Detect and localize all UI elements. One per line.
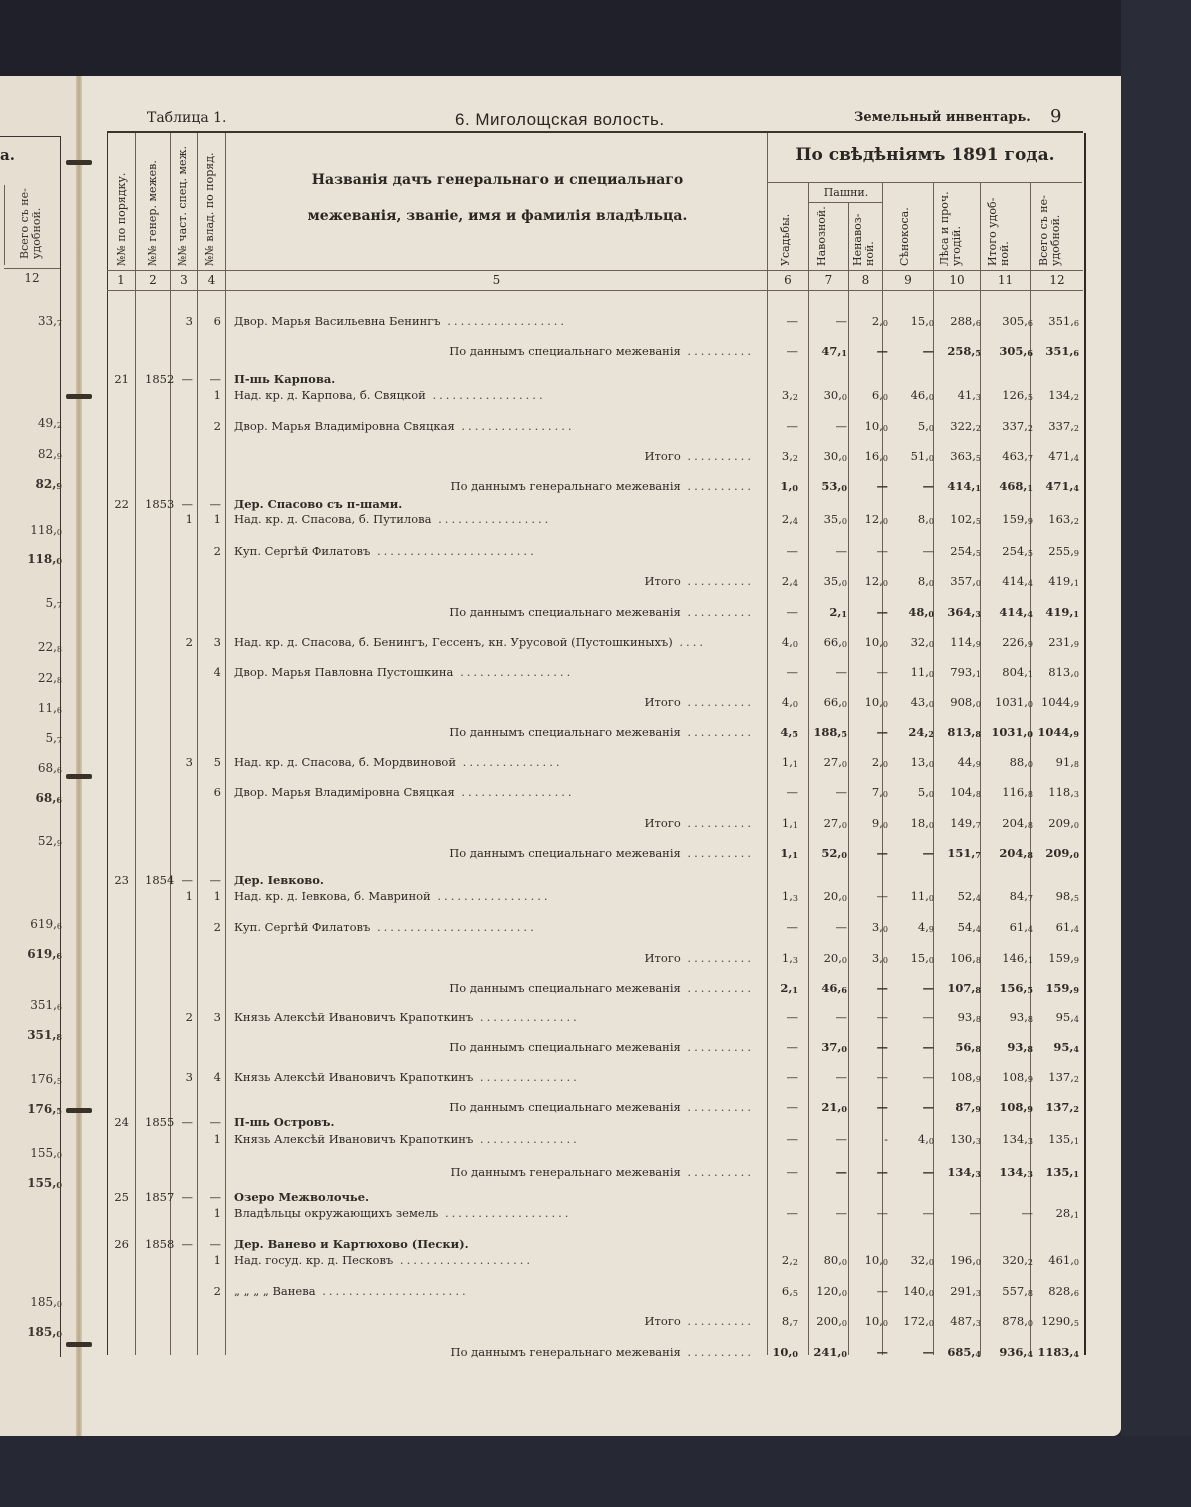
leader-dots: ...................... <box>316 1284 469 1298</box>
leader-dots: ............... <box>473 1132 580 1146</box>
owner-number: — <box>210 873 222 887</box>
value-c11: 204,8 <box>999 846 1033 860</box>
value-c7: — <box>836 665 848 679</box>
value-c11: — <box>1022 1206 1034 1220</box>
summary-label: Итого .......... <box>234 695 754 709</box>
value-c7: 66,0 <box>824 695 847 709</box>
value-c11: 320,2 <box>1002 1253 1033 1267</box>
value-c7: 53,0 <box>821 479 847 493</box>
value-c11: 305,6 <box>1002 314 1033 328</box>
value-c7: 66,0 <box>824 635 847 649</box>
value-c12: 813,0 <box>1048 665 1079 679</box>
value-c7: — <box>836 1070 848 1084</box>
value-c12: 137,2 <box>1048 1070 1079 1084</box>
value-c11: 557,8 <box>1002 1284 1033 1298</box>
row-number: 25 <box>114 1190 129 1204</box>
special-survey-number: — <box>182 497 194 511</box>
leader-dots: .......... <box>681 1100 754 1114</box>
value-c8: — <box>877 1100 889 1114</box>
value-c11: 804,1 <box>1002 665 1033 679</box>
owner-name: Князь Алексѣй Ивановичъ Крапоткинъ .....… <box>234 1010 764 1024</box>
leader-dots: ................. <box>431 889 551 903</box>
value-c10: 813,8 <box>947 725 981 739</box>
special-survey-number: — <box>182 1237 194 1251</box>
value-c9: 32,0 <box>911 1253 934 1267</box>
value-c8: 7,0 <box>872 785 888 799</box>
value-c12: 137,2 <box>1045 1100 1079 1114</box>
special-survey-number: 3 <box>186 314 193 328</box>
summary-label: Итого .......... <box>234 1314 754 1328</box>
summary-label: По даннымъ специальнаго межеванія ......… <box>234 1100 754 1114</box>
value-c12: 351,6 <box>1045 344 1079 358</box>
binding-stitch <box>66 1342 92 1347</box>
value-c9: 11,0 <box>911 665 934 679</box>
value-c12: 461,0 <box>1048 1253 1079 1267</box>
value-c10: 291,3 <box>950 1284 981 1298</box>
owner-name: Над. госуд. кр. д. Песковъ .............… <box>234 1253 764 1267</box>
value-c6: 8,7 <box>782 1314 798 1328</box>
owner-name: Двор. Марья Владиміровна Свяцкая .......… <box>234 419 764 433</box>
background-cloth-right <box>1121 0 1191 1507</box>
special-survey-number: 1 <box>186 889 193 903</box>
previous-page-column-header: Всего съ не-удобной. <box>4 185 61 265</box>
value-c6: 3,2 <box>782 449 798 463</box>
previous-page-value: 5,7 <box>45 596 62 610</box>
value-c9: 46,0 <box>911 388 934 402</box>
value-c9: 11,0 <box>911 889 934 903</box>
value-c6: — <box>787 605 799 619</box>
value-c12: 1044,9 <box>1037 725 1079 739</box>
value-c11: 88,0 <box>1010 755 1033 769</box>
owner-name: Князь Алексѣй Ивановичъ Крапоткинъ .....… <box>234 1070 764 1084</box>
owner-number: 6 <box>214 314 221 328</box>
background-cloth-top <box>0 0 1191 78</box>
summary-label: Итого .......... <box>234 951 754 965</box>
leader-dots: .......... <box>681 695 754 709</box>
value-c12: 471,4 <box>1048 449 1079 463</box>
estate-heading: П-шь Карпова. <box>234 372 335 386</box>
value-c8: — <box>877 344 889 358</box>
value-c6: 3,2 <box>782 388 798 402</box>
value-c9: 8,0 <box>918 574 934 588</box>
value-c10: 487,3 <box>950 1314 981 1328</box>
value-c8: — <box>877 889 889 903</box>
value-c9: — <box>923 1010 935 1024</box>
value-c9: — <box>923 1165 935 1179</box>
value-c9: 140,0 <box>903 1284 934 1298</box>
leader-dots: ........................ <box>370 920 536 934</box>
leader-dots: .................. <box>441 314 567 328</box>
value-c8: — <box>877 1284 889 1298</box>
value-c9: 15,0 <box>911 951 934 965</box>
value-c10: 151,7 <box>947 846 981 860</box>
leader-dots: .......... <box>681 574 754 588</box>
leader-dots: ................... <box>438 1206 571 1220</box>
value-c11: 134,3 <box>999 1165 1033 1179</box>
column-number-rule <box>107 290 1083 291</box>
previous-page-value: 82,9 <box>38 447 62 461</box>
value-c7: — <box>836 544 848 558</box>
value-c7: 188,5 <box>813 725 847 739</box>
general-survey-number: 1858 <box>145 1237 174 1251</box>
column-divider <box>135 133 136 1355</box>
owner-name: Владѣльцы окружающихъ земель ...........… <box>234 1206 764 1220</box>
owner-number: 2 <box>214 1284 221 1298</box>
value-c6: 1,1 <box>782 755 798 769</box>
value-c12: 1183,4 <box>1037 1345 1079 1359</box>
value-c6: — <box>787 544 799 558</box>
value-c10: 363,5 <box>950 449 981 463</box>
value-c10: 196,0 <box>950 1253 981 1267</box>
column-number: 6 <box>768 273 808 287</box>
value-c12: 1044,9 <box>1041 695 1079 709</box>
value-c6: 2,1 <box>780 981 798 995</box>
table-label: Таблица 1. <box>147 110 227 126</box>
summary-label: По даннымъ специальнаго межеванія ......… <box>234 981 754 995</box>
value-c12: 351,6 <box>1048 314 1079 328</box>
value-c6: 4,0 <box>782 635 798 649</box>
leader-dots: ............... <box>456 755 563 769</box>
value-c8: — <box>877 1010 889 1024</box>
previous-page-value: 351,6 <box>30 998 62 1012</box>
value-c8: — <box>877 544 889 558</box>
value-c11: 337,2 <box>1002 419 1033 433</box>
owner-name: Над. кр. д. Спасова, б. Путилова .......… <box>234 512 764 526</box>
value-c12: 419,1 <box>1045 605 1079 619</box>
value-c12: 61,4 <box>1056 920 1079 934</box>
value-c7: 120,0 <box>816 1284 847 1298</box>
owner-number: 1 <box>214 1132 221 1146</box>
value-c9: 24,2 <box>908 725 934 739</box>
value-c9: — <box>923 1100 935 1114</box>
background-cloth-bottom <box>0 1436 1191 1507</box>
row-number: 21 <box>114 372 129 386</box>
column-number: 7 <box>809 273 848 287</box>
value-c6: — <box>787 1100 799 1114</box>
leader-dots: .......... <box>681 816 754 830</box>
value-c6: 6,5 <box>782 1284 798 1298</box>
value-c12: 471,4 <box>1045 479 1079 493</box>
general-survey-number: 1853 <box>145 497 174 511</box>
column-number: 11 <box>981 273 1030 287</box>
value-c7: — <box>836 920 848 934</box>
value-c10: 114,9 <box>950 635 981 649</box>
leader-dots: .......... <box>681 1040 754 1054</box>
leader-dots: .... <box>673 635 706 649</box>
previous-page-value: 619,6 <box>30 917 62 931</box>
value-c7: 30,0 <box>824 449 847 463</box>
value-c12: 91,8 <box>1056 755 1079 769</box>
owner-name: Куп. Сергѣй Филатовъ ...................… <box>234 920 764 934</box>
value-c6: — <box>787 344 799 358</box>
value-c10: 104,8 <box>950 785 981 799</box>
group-header-1891: По свѣдѣніямъ 1891 года. <box>768 145 1082 165</box>
value-c10: 149,7 <box>950 816 981 830</box>
binding-stitch <box>66 160 92 165</box>
value-c7: 80,0 <box>824 1253 847 1267</box>
value-c9: 51,0 <box>911 449 934 463</box>
column-divider <box>848 203 849 1355</box>
value-c12: 255,9 <box>1048 544 1079 558</box>
owner-number: 1 <box>214 388 221 402</box>
leader-dots: ............... <box>473 1070 580 1084</box>
value-c7: 241,0 <box>813 1345 847 1359</box>
value-c9: 48,0 <box>908 605 934 619</box>
value-c9: 32,0 <box>911 635 934 649</box>
value-c9: 172,0 <box>903 1314 934 1328</box>
row-number: 24 <box>114 1115 129 1129</box>
value-c9: 4,0 <box>918 1132 934 1146</box>
leader-dots: ................. <box>455 419 575 433</box>
value-c11: 108,9 <box>999 1100 1033 1114</box>
value-c12: 337,2 <box>1048 419 1079 433</box>
value-c10: 793,1 <box>950 665 981 679</box>
value-c8: — <box>877 846 889 860</box>
value-c10: 106,8 <box>950 951 981 965</box>
summary-label: Итого .......... <box>234 816 754 830</box>
value-c8: — <box>877 1040 889 1054</box>
value-c8: — <box>877 1165 889 1179</box>
value-c9: — <box>923 1070 935 1084</box>
value-c6: 1,1 <box>782 816 798 830</box>
header-c1: №№ по порядку. <box>116 173 128 266</box>
value-c8: 6,0 <box>872 388 888 402</box>
value-c6: 1,3 <box>782 951 798 965</box>
leader-dots: ................. <box>431 512 551 526</box>
value-c12: 98,5 <box>1056 889 1079 903</box>
value-c7: — <box>836 1132 848 1146</box>
value-c8: — <box>877 1206 889 1220</box>
value-c7: — <box>836 1010 848 1024</box>
value-c7: 47,1 <box>821 344 847 358</box>
previous-page-value: 155,0 <box>30 1146 62 1160</box>
header-c9: Сѣнокоса. <box>899 207 911 266</box>
value-c10: 87,9 <box>955 1100 981 1114</box>
value-c11: 146,1 <box>1002 951 1033 965</box>
leader-dots: ........................ <box>370 544 536 558</box>
value-c8: 3,0 <box>872 951 888 965</box>
header-c12: Всего съ не-удобной. <box>1038 195 1062 266</box>
leader-dots: .......... <box>681 725 754 739</box>
summary-label: По даннымъ специальнаго межеванія ......… <box>234 1040 754 1054</box>
owner-number: 1 <box>214 1253 221 1267</box>
column-number: 1 <box>107 273 135 287</box>
value-c11: 116,8 <box>1002 785 1033 799</box>
header-c6: Усадьбы. <box>780 214 792 266</box>
column-number: 8 <box>849 273 882 287</box>
value-c6: 1,1 <box>780 846 798 860</box>
value-c12: 163,2 <box>1048 512 1079 526</box>
general-survey-number: 1852 <box>145 372 174 386</box>
previous-page-value: 619,6 <box>27 947 62 961</box>
column-number: 12 <box>1031 273 1083 287</box>
previous-page-value: 22,8 <box>38 671 62 685</box>
value-c9: — <box>923 846 935 860</box>
special-survey-number: — <box>182 1190 194 1204</box>
value-c6: — <box>787 920 799 934</box>
value-c6: 4,5 <box>780 725 798 739</box>
leader-dots: .......... <box>681 951 754 965</box>
header-c10: Лѣса и проч.угодій. <box>939 191 963 266</box>
value-c8: 10,0 <box>865 1253 888 1267</box>
value-c9: — <box>923 1206 935 1220</box>
value-c8: — <box>877 1345 889 1359</box>
value-c10: 364,3 <box>947 605 981 619</box>
value-c11: 134,3 <box>1002 1132 1033 1146</box>
value-c7: 35,0 <box>824 512 847 526</box>
special-survey-number: 3 <box>186 1070 193 1084</box>
value-c9: 43,0 <box>911 695 934 709</box>
value-c10: 134,3 <box>947 1165 981 1179</box>
book-gutter <box>76 76 82 1436</box>
value-c10: 288,6 <box>950 314 981 328</box>
header-c2: №№ генер. межев. <box>147 160 159 266</box>
value-c8: 2,0 <box>872 314 888 328</box>
column-number: 10 <box>934 273 980 287</box>
value-c11: 1031,0 <box>995 695 1033 709</box>
section-title: Земельный инвентарь. <box>854 110 1031 125</box>
value-c8: 2,0 <box>872 755 888 769</box>
value-c10: 52,4 <box>958 889 981 903</box>
owner-name: Двор. Марья Васильевна Бенингъ .........… <box>234 314 764 328</box>
value-c12: 135,1 <box>1048 1132 1079 1146</box>
leader-dots: .......... <box>681 846 754 860</box>
special-survey-number: 2 <box>186 1010 193 1024</box>
previous-page-column-number: 12 <box>4 268 60 285</box>
value-c11: 414,4 <box>999 605 1033 619</box>
leader-dots: ................. <box>426 388 546 402</box>
previous-page-value: 33,7 <box>38 314 62 328</box>
owner-name: Над. кр. д. Карпова, б. Свяцкой ........… <box>234 388 764 402</box>
value-c7: 46,6 <box>821 981 847 995</box>
value-c6: 4,0 <box>782 695 798 709</box>
summary-label: По даннымъ генеральнаго межеванія ......… <box>234 1345 754 1359</box>
owner-name: Двор. Марья Павловна Пустошкина ........… <box>234 665 764 679</box>
owner-number: 1 <box>214 512 221 526</box>
value-c6: — <box>787 1165 799 1179</box>
value-c10: 44,9 <box>958 755 981 769</box>
leader-dots: ............... <box>473 1010 580 1024</box>
value-c12: 134,2 <box>1048 388 1079 402</box>
previous-page-value: 185,0 <box>27 1325 62 1339</box>
value-c9: 8,0 <box>918 512 934 526</box>
value-c6: — <box>787 1010 799 1024</box>
value-c11: 84,7 <box>1010 889 1033 903</box>
previous-page-value: 5,7 <box>45 731 62 745</box>
estate-heading: Дер. Іевково. <box>234 873 324 887</box>
header-c3: №№ част. спец. меж. <box>177 146 189 266</box>
value-c7: — <box>836 785 848 799</box>
value-c9: — <box>923 344 935 358</box>
value-c10: 102,5 <box>950 512 981 526</box>
general-survey-number: 1854 <box>145 873 174 887</box>
value-c6: — <box>787 665 799 679</box>
value-c9: — <box>923 1345 935 1359</box>
value-c11: 108,9 <box>1002 1070 1033 1084</box>
value-c10: 130,3 <box>950 1132 981 1146</box>
value-c7: 27,0 <box>824 755 847 769</box>
value-c7: 52,0 <box>821 846 847 860</box>
previous-page-value: 118,0 <box>30 523 62 537</box>
owner-number: 6 <box>214 785 221 799</box>
owner-number: — <box>210 1190 222 1204</box>
value-c8: — <box>877 981 889 995</box>
leader-dots: .......... <box>681 981 754 995</box>
value-c9: — <box>923 981 935 995</box>
column-number: 4 <box>198 273 225 287</box>
owner-number: 2 <box>214 544 221 558</box>
value-c12: 419,1 <box>1048 574 1079 588</box>
owner-name: Над. кр. д. Спасова, б. Мордвиновой ....… <box>234 755 764 769</box>
value-c11: 414,4 <box>1002 574 1033 588</box>
owner-name: Над. кр. д. Спасова, б. Бенингъ, Гессенъ… <box>234 635 764 649</box>
leader-dots: .......... <box>681 1345 754 1359</box>
value-c11: 226,9 <box>1002 635 1033 649</box>
previous-page-value: 22,8 <box>38 640 62 654</box>
owner-number: — <box>210 1237 222 1251</box>
owner-name: Над. кр. д. Іевкова, б. Мавриной .......… <box>234 889 764 903</box>
value-c10: 54,4 <box>958 920 981 934</box>
value-c7: 20,0 <box>824 951 847 965</box>
general-survey-number: 1857 <box>145 1190 174 1204</box>
value-c6: 1,0 <box>780 479 798 493</box>
owner-name: Князь Алексѣй Ивановичъ Крапоткинъ .....… <box>234 1132 764 1146</box>
header-c11: Итого удоб-ной. <box>987 198 1011 266</box>
leader-dots: ................. <box>455 785 575 799</box>
pashni-rule <box>809 202 882 203</box>
previous-page-header-fragment: а. <box>0 146 15 164</box>
value-c8: — <box>877 1070 889 1084</box>
group-header-rule <box>768 182 1082 183</box>
binding-stitch <box>66 1108 92 1113</box>
column-number: 5 <box>226 273 767 287</box>
value-c8: — <box>877 605 889 619</box>
value-c10: 41,3 <box>958 388 981 402</box>
value-c9: 15,0 <box>911 314 934 328</box>
header-bottom-rule <box>107 270 1083 271</box>
header-c8: Ненавоз-ной. <box>852 213 876 266</box>
previous-page-value: 49,2 <box>38 416 62 430</box>
previous-page-value: 176,5 <box>27 1102 62 1116</box>
value-c11: 305,6 <box>999 344 1033 358</box>
value-c10: 685,4 <box>947 1345 981 1359</box>
value-c11: 93,8 <box>1007 1040 1033 1054</box>
value-c8: 9,0 <box>872 816 888 830</box>
value-c12: 95,4 <box>1056 1010 1079 1024</box>
value-c11: 463,7 <box>1002 449 1033 463</box>
value-c6: 10,0 <box>772 1345 798 1359</box>
header-c7: Навозной. <box>816 206 828 266</box>
value-c9: 5,0 <box>918 785 934 799</box>
previous-page-value: 176,5 <box>30 1072 62 1086</box>
previous-page-value: 68,6 <box>38 761 62 775</box>
previous-page-value: 118,0 <box>27 552 62 566</box>
value-c6: — <box>787 1070 799 1084</box>
value-c8: — <box>877 725 889 739</box>
value-c7: 21,0 <box>821 1100 847 1114</box>
value-c12: 1290,5 <box>1041 1314 1079 1328</box>
value-c6: 1,3 <box>782 889 798 903</box>
value-c12: 118,3 <box>1048 785 1079 799</box>
previous-page-value: 68,6 <box>36 791 62 805</box>
column-divider <box>170 133 171 1355</box>
value-c12: 28,1 <box>1056 1206 1079 1220</box>
binding-stitch <box>66 394 92 399</box>
estate-heading: Озеро Межволочье. <box>234 1190 369 1204</box>
value-c12: 209,0 <box>1048 816 1079 830</box>
owner-number: 1 <box>214 1206 221 1220</box>
owner-number: 4 <box>214 1070 221 1084</box>
